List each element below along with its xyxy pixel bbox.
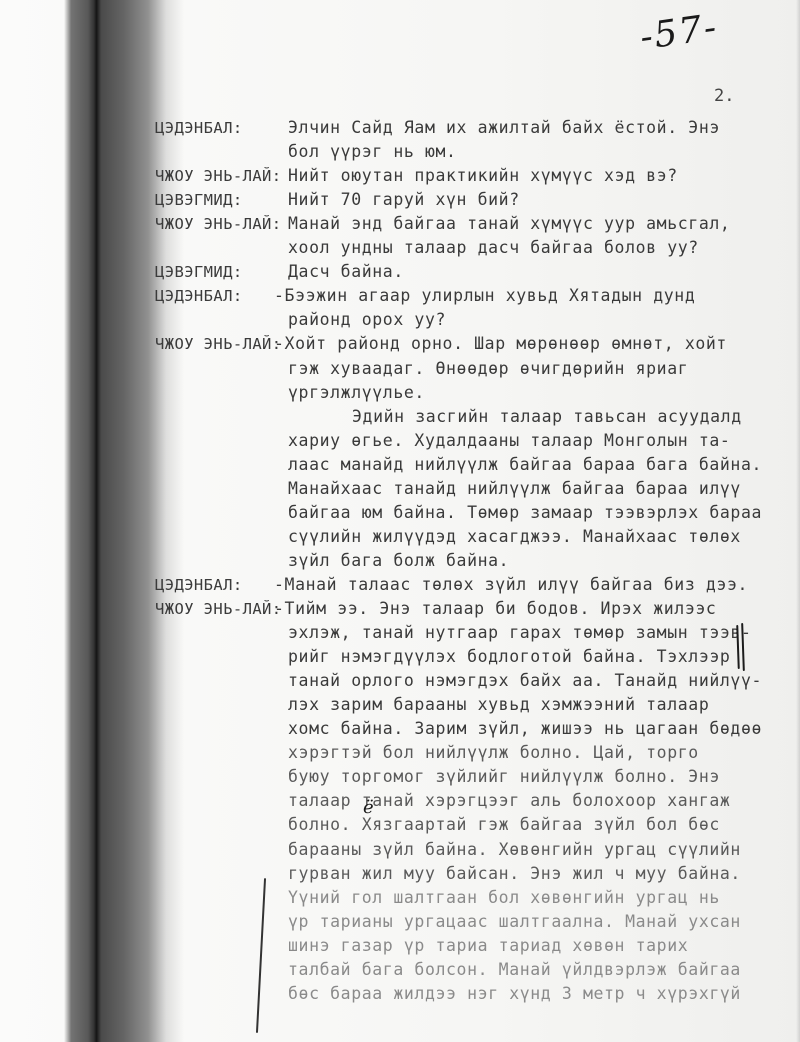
transcript-line: талаар танай хэрэгцээг аль болохоор ханг… xyxy=(288,791,730,811)
transcript-line: буюу торгомог зүйлийг нийлүүлж болно. Эн… xyxy=(288,767,720,787)
handwritten-page-number: -57- xyxy=(638,7,721,58)
transcript-line: -Тийм ээ. Энэ талаар би бодов. Ирэх жилэ… xyxy=(274,599,716,619)
transcript-line: шинэ газар үр тариа тариад хөвөн тарих xyxy=(288,936,688,956)
transcript-line: байгаа юм байна. Төмөр замаар тээвэрлэх … xyxy=(288,503,762,523)
transcript-line: Манайхаас танайд нийлүүлж байгаа бараа и… xyxy=(288,479,741,499)
binding-shadow xyxy=(64,0,184,1042)
transcript-line: лаас манайд нийлүүлж байгаа бараа бага б… xyxy=(288,455,762,475)
transcript-line: -Бээжин агаар улирлын хувьд Хятадын дунд xyxy=(274,286,695,306)
transcript-line: хэрэгтэй бол нийлүүлж болно. Цай, торго xyxy=(288,743,699,763)
transcript-line: Дасч байна. xyxy=(288,262,404,282)
speaker-label: ЧЖОУ ЭНЬ-ЛАЙ: xyxy=(155,167,282,185)
page-edge xyxy=(796,0,800,1042)
transcript-line: хариу өгье. Худалдааны талаар Монголын т… xyxy=(288,431,730,451)
transcript-line: үргэлжлүүлье. xyxy=(288,383,425,403)
speaker-label: ЦЭДЭНБАЛ: xyxy=(155,576,243,594)
transcript-line: зүйл бага болж байна. xyxy=(288,551,509,571)
transcript-line: Элчин Сайд Яам их ажилтай байх ёстой. Эн… xyxy=(288,118,720,138)
speaker-label: ЦЭДЭНБАЛ: xyxy=(155,287,243,305)
transcript-line: бөс бараа жилдээ нэг хүнд 3 метр ч хүрэх… xyxy=(288,984,741,1004)
speaker-label: ЦЭВЭГМИД: xyxy=(155,263,243,281)
margin-mark-left-bracket xyxy=(256,878,266,1033)
speaker-label: ЦЭДЭНБАЛ: xyxy=(155,119,243,137)
transcript-line: хомс байна. Зарим зүйл, жишээ нь цагаан … xyxy=(288,719,762,739)
speaker-label: ЧЖОУ ЭНЬ-ЛАЙ: xyxy=(155,335,282,353)
transcript-line: Эдийн засгийн талаар тавьсан асуудалд xyxy=(352,407,742,427)
transcript-line: гурван жил муу байсан. Энэ жил ч муу бай… xyxy=(288,864,741,884)
transcript-line: хоол ундны талаар дасч байгаа болов уу? xyxy=(288,238,699,258)
transcript-line: Үүний гол шалтгаан бол хөвөнгийн ургац н… xyxy=(288,888,720,908)
transcript-line: Нийт оюутан практикийн хүмүүс хэд вэ? xyxy=(288,166,678,186)
transcript-line: талбай бага болсон. Манай үйлдвэрлэж бай… xyxy=(288,960,741,980)
transcript-line: танай орлого нэмэгдэх байх аа. Танайд ни… xyxy=(288,671,762,691)
transcript-line: районд орох уу? xyxy=(288,310,446,330)
scanned-page: -57- 2. ЦЭДЭНБАЛ:Элчин Сайд Яам их ажилт… xyxy=(0,0,800,1042)
typed-page-number: 2. xyxy=(714,86,734,106)
transcript-line: болно. Хязгаартай гэж байгаа зүйл бол бө… xyxy=(288,815,720,835)
speaker-label: ЧЖОУ ЭНЬ-ЛАЙ: xyxy=(155,600,282,618)
transcript-line: бол үүрэг нь юм. xyxy=(288,142,457,162)
transcript-line: -Хойт районд орно. Шар мөрөнөөр өмнөт, х… xyxy=(274,334,727,354)
transcript-line: эхлэж, танай нутгаар гарах төмөр замын т… xyxy=(288,623,752,643)
handwritten-insert: ё xyxy=(363,797,374,818)
transcript-line: Нийт 70 гаруй хүн бий? xyxy=(288,190,520,210)
speaker-label: ЧЖОУ ЭНЬ-ЛАЙ: xyxy=(155,215,282,233)
transcript-line: сүүлийн жилүүдэд хасагджээ. Манайхаас тө… xyxy=(288,527,741,547)
transcript-line: Манай энд байгаа танай хүмүүс уур амьсга… xyxy=(288,214,730,234)
transcript-line: лэх зарим барааны хувьд хэмжээний талаар xyxy=(288,695,709,715)
transcript-line: -Манай талаас төлөх зүйл илүү байгаа биз… xyxy=(274,575,748,595)
speaker-label: ЦЭВЭГМИД: xyxy=(155,191,243,209)
transcript-line: гэж хуваадаг. Өнөөдөр өчигдөрийн яриаг xyxy=(288,359,688,379)
transcript-line: рийг нэмэгдүүлэх бодлоготой байна. Тэхлэ… xyxy=(288,647,730,667)
transcript-line: барааны зүйл байна. Хөвөнгийн ургац сүүл… xyxy=(288,840,741,860)
transcript-line: үр тарианы ургацаас шалтгаална. Манай ух… xyxy=(288,912,741,932)
